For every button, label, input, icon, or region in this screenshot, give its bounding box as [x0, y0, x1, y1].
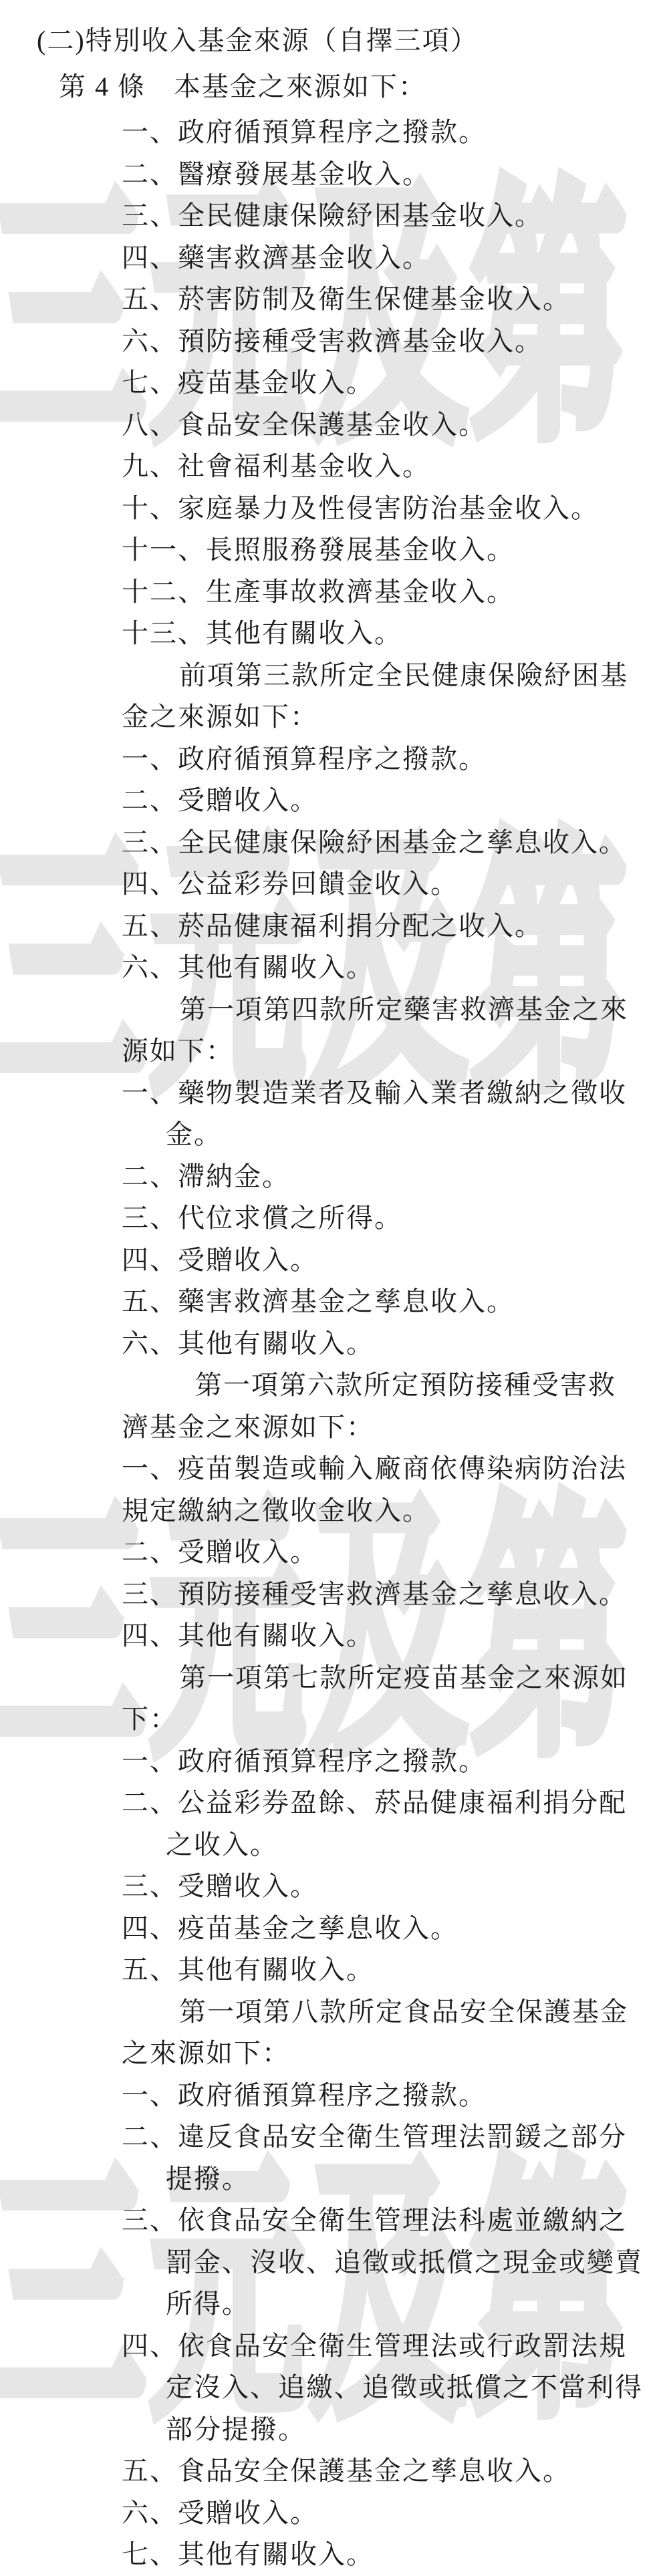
text-line: 三、預防接種受害救濟基金之孳息收入。 — [0, 1574, 655, 1616]
text-line: 下： — [0, 1699, 655, 1741]
text-line: 二、公益彩券盈餘、菸品健康福利捐分配 — [0, 1782, 655, 1824]
document-body: (二)特別收入基金來源（自擇三項）第 4 條 本基金之來源如下：一、政府循預算程… — [0, 0, 655, 2576]
text-line: 八、食品安全保護基金收入。 — [0, 404, 655, 446]
text-line: 三、受贈收入。 — [0, 1866, 655, 1908]
text-line: 三、全民健康保險紓困基金收入。 — [0, 195, 655, 237]
text-line: 二、醫療發展基金收入。 — [0, 154, 655, 196]
text-line: 一、藥物製造業者及輸入業者繳納之徵收 — [0, 1072, 655, 1115]
text-line: 所得。 — [0, 2283, 655, 2325]
text-line: 第一項第八款所定食品安全保護基金 — [0, 1991, 655, 2033]
text-line: 三、代位求償之所得。 — [0, 1197, 655, 1240]
text-line: 規定繳納之徵收金收入。 — [0, 1490, 655, 1532]
text-line: 五、菸品健康福利捐分配之收入。 — [0, 905, 655, 948]
document-page: 三元及第三元及第三元及第三元及第 (二)特別收入基金來源（自擇三項）第 4 條 … — [0, 0, 655, 2576]
text-line: 七、其他有關收入。 — [0, 2534, 655, 2576]
text-line: 一、政府循預算程序之撥款。 — [0, 2075, 655, 2117]
text-line: 四、藥害救濟基金收入。 — [0, 237, 655, 279]
text-line: 四、依食品安全衛生管理法或行政罰法規 — [0, 2325, 655, 2368]
text-line: (二)特別收入基金來源（自擇三項） — [0, 20, 655, 62]
text-line: 六、其他有關收入。 — [0, 1323, 655, 1365]
text-line: 一、政府循預算程序之撥款。 — [0, 738, 655, 780]
text-line: 六、受贈收入。 — [0, 2492, 655, 2535]
text-line: 六、其他有關收入。 — [0, 947, 655, 989]
text-line: 十二、生產事故救濟基金收入。 — [0, 571, 655, 613]
text-line: 定沒入、追繳、追徵或抵償之不當利得 — [0, 2367, 655, 2409]
text-line: 十、家庭暴力及性侵害防治基金收入。 — [0, 488, 655, 530]
text-line: 第一項第六款所定預防接種受害救 — [0, 1365, 655, 1407]
text-line: 七、疫苗基金收入。 — [0, 362, 655, 404]
text-line: 之收入。 — [0, 1824, 655, 1866]
text-line: 五、食品安全保護基金之孳息收入。 — [0, 2450, 655, 2492]
text-line: 二、受贈收入。 — [0, 780, 655, 822]
text-line: 四、其他有關收入。 — [0, 1615, 655, 1657]
text-line: 九、社會福利基金收入。 — [0, 446, 655, 488]
text-line: 源如下： — [0, 1030, 655, 1072]
text-line: 四、公益彩券回饋金收入。 — [0, 863, 655, 905]
text-line: 三、全民健康保險紓困基金之孳息收入。 — [0, 822, 655, 864]
text-line: 二、滯納金。 — [0, 1156, 655, 1198]
text-line: 四、受贈收入。 — [0, 1240, 655, 1282]
text-line: 五、菸害防制及衛生保健基金收入。 — [0, 279, 655, 321]
text-line: 第 4 條 本基金之來源如下： — [0, 66, 655, 108]
text-line: 罰金、沒收、追徵或抵償之現金或變賣 — [0, 2242, 655, 2284]
text-line: 一、疫苗製造或輸入廠商依傳染病防治法 — [0, 1448, 655, 1490]
text-line: 三、依食品安全衛生管理法科處並繳納之 — [0, 2200, 655, 2242]
text-line: 二、受贈收入。 — [0, 1532, 655, 1574]
text-line: 四、疫苗基金之孳息收入。 — [0, 1908, 655, 1950]
text-line: 之來源如下： — [0, 2033, 655, 2075]
text-line: 五、其他有關收入。 — [0, 1949, 655, 1991]
text-line: 一、政府循預算程序之撥款。 — [0, 112, 655, 154]
text-line: 部分提撥。 — [0, 2409, 655, 2451]
text-line: 十三、其他有關收入。 — [0, 613, 655, 655]
text-line: 前項第三款所定全民健康保險紓困基 — [0, 655, 655, 697]
text-line: 十一、長照服務發展基金收入。 — [0, 529, 655, 571]
text-line: 第一項第七款所定疫苗基金之來源如 — [0, 1657, 655, 1699]
text-line: 第一項第四款所定藥害救濟基金之來 — [0, 989, 655, 1031]
text-line: 一、政府循預算程序之撥款。 — [0, 1741, 655, 1783]
text-line: 金之來源如下： — [0, 696, 655, 738]
text-line: 金。 — [0, 1114, 655, 1156]
text-line: 濟基金之來源如下： — [0, 1407, 655, 1449]
text-line: 六、預防接種受害救濟基金收入。 — [0, 321, 655, 363]
text-line: 五、藥害救濟基金之孳息收入。 — [0, 1281, 655, 1323]
text-line: 提撥。 — [0, 2158, 655, 2200]
text-line: 二、違反食品安全衛生管理法罰鍰之部分 — [0, 2116, 655, 2158]
